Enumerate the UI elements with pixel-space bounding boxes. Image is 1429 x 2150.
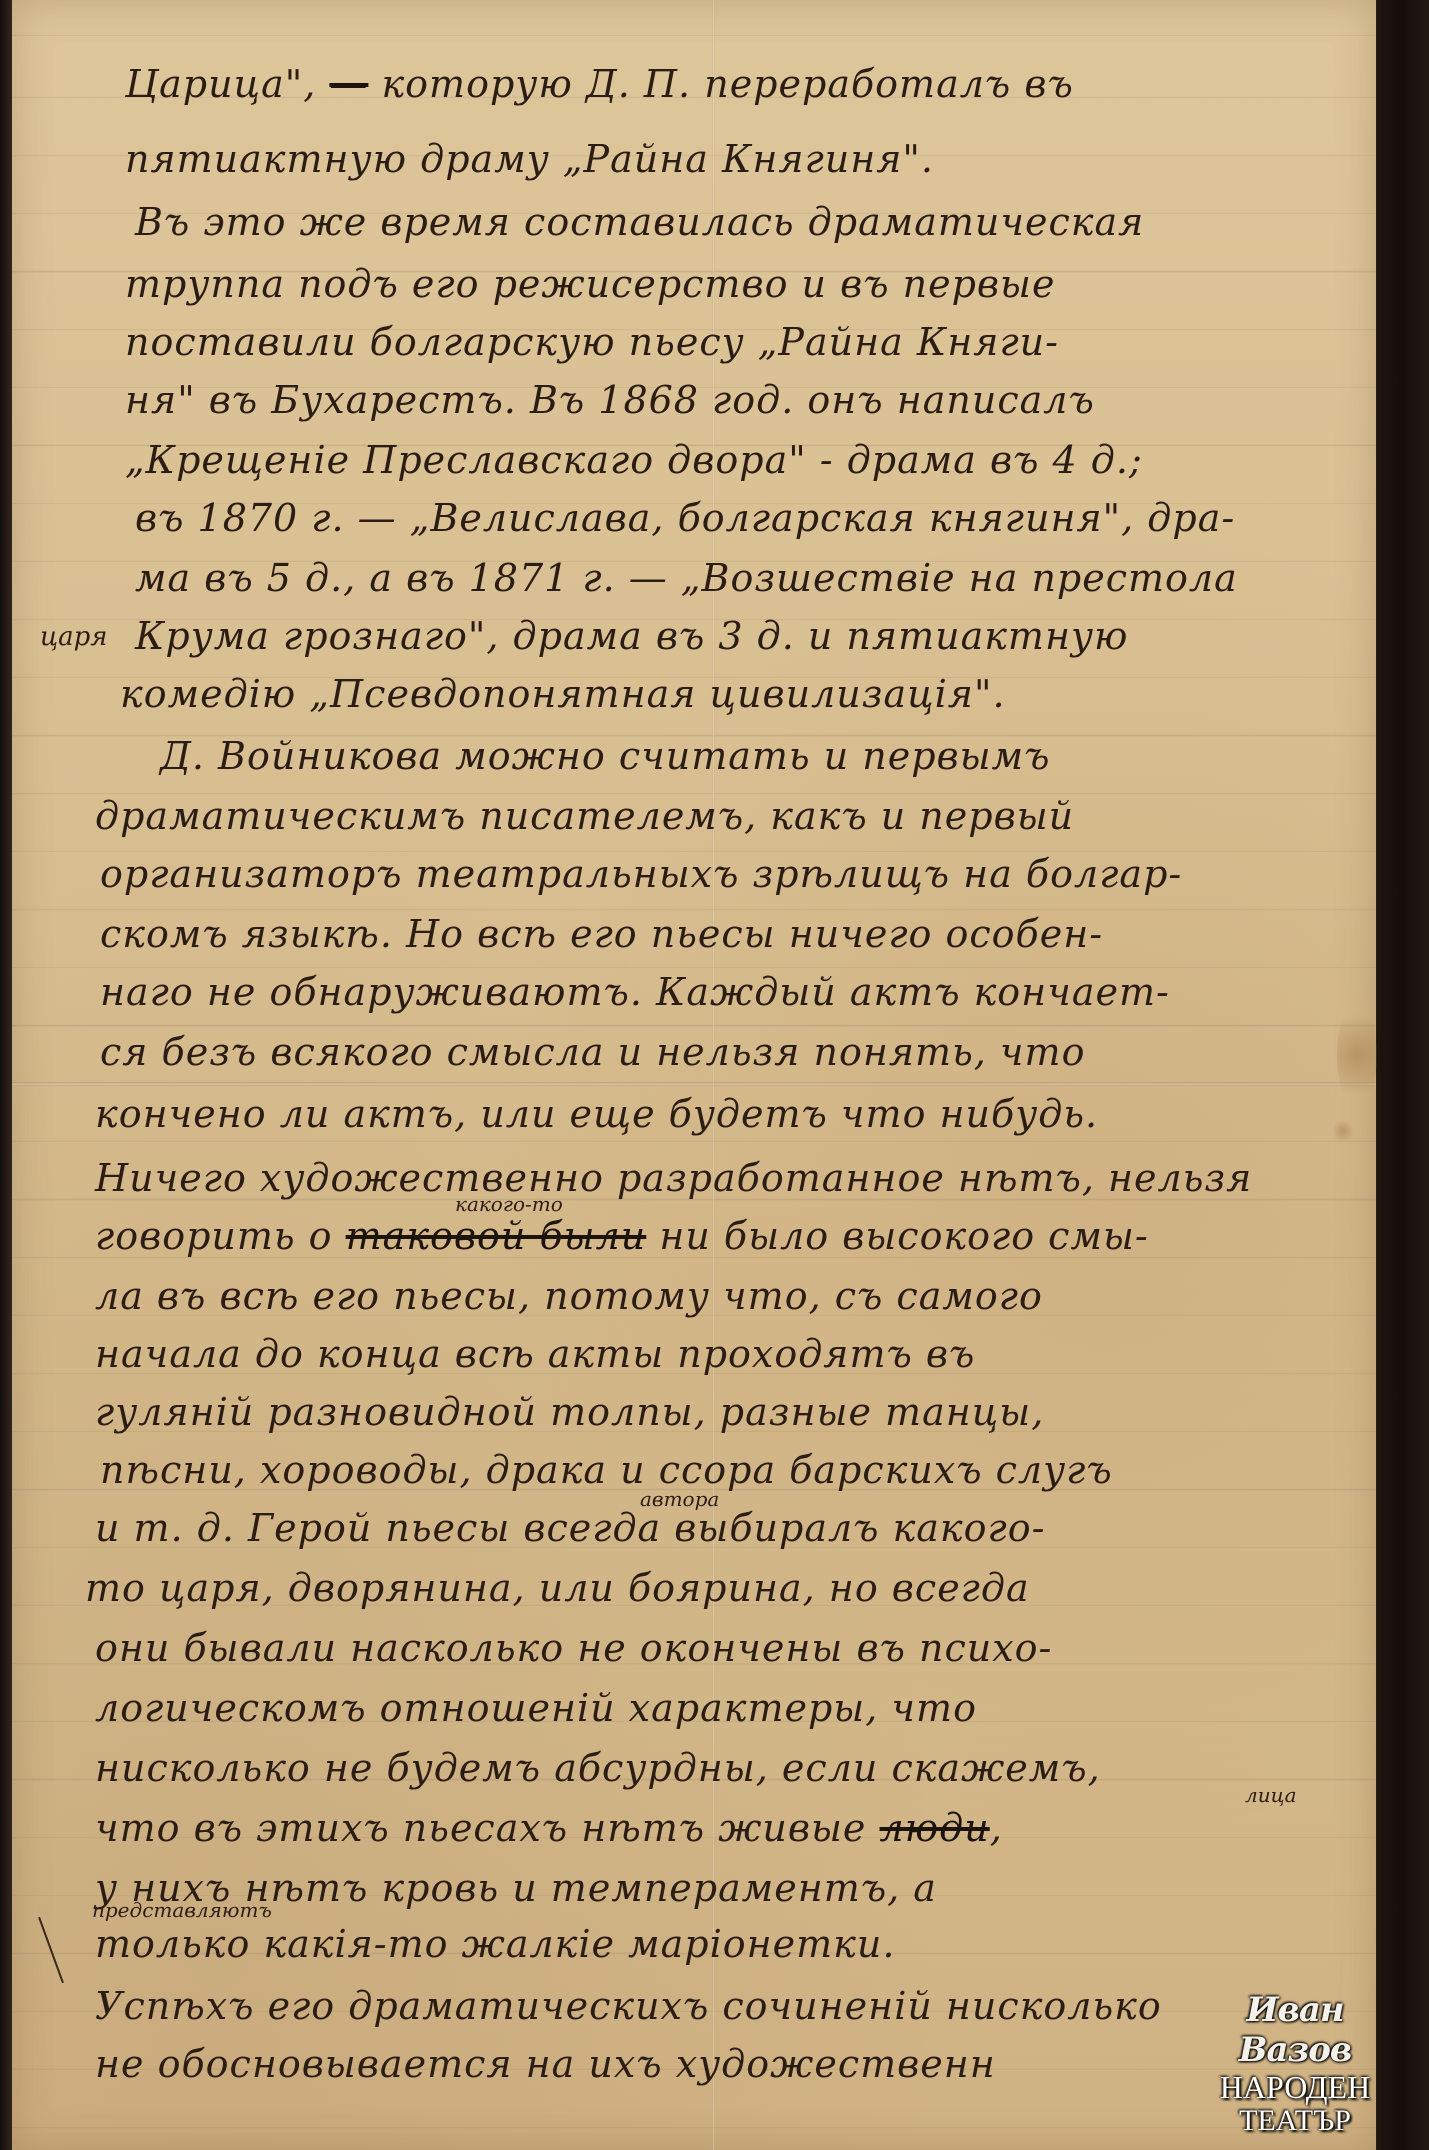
line-text: , (990, 1806, 1003, 1850)
manuscript-line: Крума грознаго", драма въ 3 д. и пятиакт… (135, 614, 1128, 658)
manuscript-line: не обосновывается на ихъ художественн (95, 2042, 996, 2086)
line-text: которую Д. П. переработалъ въ (368, 62, 1073, 106)
manuscript-line: нисколько не будемъ абсурдны, если скаже… (95, 1746, 1101, 1790)
struck-text: — (329, 62, 368, 106)
manuscript-line: говорить о таковой были ни было высокого… (95, 1214, 1149, 1258)
insertion-caret (38, 1917, 64, 1983)
manuscript-line: ла въ всѣ его пьесы, потому что, съ само… (95, 1274, 1043, 1318)
manuscript-line: кончено ли актъ, или еще будетъ что нибу… (95, 1092, 1098, 1136)
interlinear-insertion: какого-то (455, 1192, 563, 1216)
manuscript-line: пятиактную драму „Райна Княгиня". (125, 137, 934, 181)
manuscript-line: ма въ 5 д., а въ 1871 г. — „Возшествіе н… (135, 556, 1238, 600)
manuscript-line: логическомъ отношеній характеры, что (95, 1686, 977, 1730)
manuscript-line: Успѣхъ его драматическихъ сочиненiй ниск… (95, 1984, 1162, 2028)
manuscript-line: начала до конца всѣ акты проходятъ въ (95, 1332, 975, 1376)
manuscript-line: ся безъ всякого смысла и нельзя понять, … (100, 1030, 1085, 1074)
line-text: говорить о (95, 1214, 346, 1258)
manuscript-line: пѣсни, хороводы, драка и ссора барскихъ … (100, 1448, 1113, 1492)
logo-line-1: НАРОДЕН (1200, 2070, 1390, 2104)
manuscript-line: то царя, дворянина, или боярина, но всег… (85, 1566, 1030, 1610)
manuscript-line: ня" въ Бухарестъ. Въ 1868 год. онъ напис… (125, 378, 1095, 422)
ivan-vazov-signature: Иван Вазов (1200, 1990, 1390, 2070)
manuscript-line: только какiя-то жалкiе марiонетки. (95, 1922, 895, 1966)
struck-text: люди (880, 1806, 990, 1850)
manuscript-line: Царица", — которую Д. П. переработалъ въ (125, 62, 1074, 106)
manuscript-line: драматическимъ писателемъ, какъ и первый (95, 794, 1074, 838)
line-text: Царица", (125, 62, 329, 106)
manuscript-line: гулянiй разновидной толпы, разные танцы, (95, 1390, 1044, 1434)
line-text: ни было высокого смы- (646, 1214, 1149, 1258)
manuscript-line: Въ это же время составилась драматическа… (135, 200, 1144, 244)
manuscript-line: въ 1870 г. — „Велислава, болгарская княг… (135, 496, 1235, 540)
manuscript-line: комедію „Псевдопонятная цивилизація". (120, 672, 1006, 716)
manuscript-line: что въ этихъ пьесахъ нѣтъ живые люди, (95, 1806, 1003, 1850)
manuscript-text: Царица", — которую Д. П. переработалъ въ… (0, 0, 1429, 2150)
national-theatre-logo: Иван Вазов НАРОДЕН ТЕАТЪР (1200, 1990, 1390, 2130)
interlinear-insertion: представляютъ (92, 1898, 272, 1922)
manuscript-line: организаторъ театральныхъ зрѣлищъ на бол… (100, 852, 1182, 896)
manuscript-line: Д. Войникова можно считать и первымъ (160, 734, 1050, 778)
manuscript-line: и т. д. Герой пьесы всегда выбиралъ како… (95, 1506, 1045, 1550)
struck-text: таковой были (346, 1214, 647, 1258)
manuscript-line: поставили болгарскую пьесу „Райна Княги- (125, 320, 1059, 364)
manuscript-line: „Крещеніе Преславскаго двора" - драма въ… (125, 438, 1143, 482)
logo-line-2: ТЕАТЪР (1200, 2104, 1390, 2138)
manuscript-line: наго не обнаруживаютъ. Каждый актъ конча… (100, 970, 1170, 1014)
manuscript-line: они бывали насколько не окончены въ псих… (95, 1626, 1052, 1670)
margin-insertion: царя (40, 622, 108, 652)
manuscript-line: труппа подъ его режисерство и въ первые (125, 262, 1055, 306)
interlinear-insertion: лица (1245, 1783, 1297, 1807)
manuscript-line: скомъ языкѣ. Но всѣ его пьесы ничего осо… (100, 912, 1103, 956)
line-text: что въ этихъ пьесахъ нѣтъ живые (95, 1806, 880, 1850)
manuscript-line: Ничего художественно разработанное нѣтъ,… (95, 1156, 1252, 1200)
